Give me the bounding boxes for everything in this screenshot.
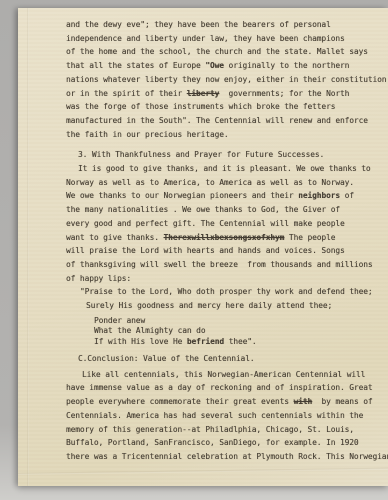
text-line: independence and liberty under law, they… xyxy=(66,32,388,46)
text-line: Norway as well as to America, to America… xyxy=(66,176,388,190)
typed-text: manufactured in the South". The Centenni… xyxy=(66,116,368,125)
typed-text: originally to the northern xyxy=(224,61,349,70)
typed-text: of the home and the school, the church a… xyxy=(66,47,368,56)
text-line: want to give thanks. Therexwillxbexsongs… xyxy=(66,231,388,245)
text-line: people everywhere commemorate their grea… xyxy=(66,395,388,409)
text-line: of thanksgiving will swell the breeze fr… xyxy=(66,258,388,272)
text-line: "Praise to the Lord, Who doth prosper th… xyxy=(66,285,388,299)
typed-text: Buffalo, Portland, SanFrancisco, SanDieg… xyxy=(66,438,359,447)
typed-text: of xyxy=(340,191,354,200)
text-line: the many nationalities . We owe thanks t… xyxy=(66,203,388,217)
document-page: and the dewy eve"; they have been the be… xyxy=(18,8,388,486)
typed-text: want to give thanks. xyxy=(66,233,164,242)
typed-text: We owe thanks to our Norwegian pioneers … xyxy=(66,191,298,200)
typed-text: of thanksgiving will swell the breeze fr… xyxy=(66,260,373,269)
text-line: Centennials. America has had several suc… xyxy=(66,409,388,423)
typed-text: It is good to give thanks, and it is ple… xyxy=(78,164,371,173)
typed-text: have immense value as a day of reckoning… xyxy=(66,383,373,392)
typed-text: the faith in our precious heritage. xyxy=(66,130,229,139)
typed-text: "Praise to the Lord, Who doth prosper th… xyxy=(80,287,373,296)
typed-text: What the Almighty can do xyxy=(94,326,205,335)
overstruck-text: neighbors xyxy=(298,191,340,200)
typed-text: 3. With Thankfulness and Prayer for Futu… xyxy=(78,150,324,159)
typed-text: that all the states of Europe xyxy=(66,61,205,70)
text-line: If with His love He befriend thee". xyxy=(66,337,388,347)
text-line: of the home and the school, the church a… xyxy=(66,45,388,59)
typed-text: independence and liberty under law, they… xyxy=(66,34,345,43)
overstruck-text: befriend xyxy=(187,337,224,346)
text-line: or in the spirit of their liberty govern… xyxy=(66,87,388,101)
typed-text: there was a Tricentennial celebration at… xyxy=(66,452,388,461)
typed-text: the many nationalities . We owe thanks t… xyxy=(66,205,340,214)
text-line: and the dewy eve"; they have been the be… xyxy=(66,18,388,32)
text-line: the faith in our precious heritage. xyxy=(66,128,388,142)
struck-out-text: with xyxy=(294,397,313,406)
typed-text: The people xyxy=(284,233,335,242)
text-line: that all the states of Europe "Owe origi… xyxy=(66,59,388,73)
text-line: there was a Tricentennial celebration at… xyxy=(66,450,388,464)
text-line: Ponder anew xyxy=(66,316,388,326)
typed-text: If with His love He xyxy=(94,337,187,346)
typed-text: will praise the Lord with hearts and han… xyxy=(66,246,345,255)
typed-text: Centennials. America has had several suc… xyxy=(66,411,363,420)
overstruck-text: "Owe xyxy=(205,61,224,70)
typed-text: and the dewy eve"; they have been the be… xyxy=(66,20,331,29)
typed-text: memory of this generation--at Philadlphi… xyxy=(66,425,354,434)
typed-text: nations whatever liberty they now enjoy,… xyxy=(66,75,386,84)
typed-text: people everywhere commemorate their grea… xyxy=(66,397,294,406)
text-line: will praise the Lord with hearts and han… xyxy=(66,244,388,258)
text-line: We owe thanks to our Norwegian pioneers … xyxy=(66,189,388,203)
text-line: What the Almighty can do xyxy=(66,326,388,336)
text-line: was the forge of those instruments which… xyxy=(66,100,388,114)
struck-out-text: Therexwillxbexsongsxofxhym xyxy=(164,233,285,242)
scan-backdrop: and the dewy eve"; they have been the be… xyxy=(0,0,388,500)
struck-out-text: liberty xyxy=(187,89,220,98)
typed-text: governments; for the North xyxy=(219,89,349,98)
paper-crease-horizontal xyxy=(18,467,388,475)
text-line: C.Conclusion: Value of the Centennial. xyxy=(66,352,388,366)
typed-text: or in the spirit of their xyxy=(66,89,187,98)
typed-text: Like all centennials, this Norwegian-Ame… xyxy=(82,370,365,379)
text-line: Like all centennials, this Norwegian-Ame… xyxy=(66,368,388,382)
typed-text: Surely His goodness and mercy here daily… xyxy=(86,301,332,310)
text-line: nations whatever liberty they now enjoy,… xyxy=(66,73,388,87)
typed-text: Ponder anew xyxy=(94,316,145,325)
typed-text: Norway as well as to America, to America… xyxy=(66,178,354,187)
typed-text: of happy lips: xyxy=(66,274,131,283)
typed-text: by means of xyxy=(312,397,372,406)
typed-text: every good and perfect gift. The Centenn… xyxy=(66,219,345,228)
text-line: Surely His goodness and mercy here daily… xyxy=(66,299,388,313)
text-line: every good and perfect gift. The Centenn… xyxy=(66,217,388,231)
text-line: have immense value as a day of reckoning… xyxy=(66,381,388,395)
document-text: and the dewy eve"; they have been the be… xyxy=(18,18,388,464)
typed-text: thee". xyxy=(224,337,257,346)
text-line: It is good to give thanks, and it is ple… xyxy=(66,162,388,176)
text-line: manufactured in the South". The Centenni… xyxy=(66,114,388,128)
typed-text: C.Conclusion: Value of the Centennial. xyxy=(78,354,254,363)
text-line: 3. With Thankfulness and Prayer for Futu… xyxy=(66,148,388,162)
typed-text: was the forge of those instruments which… xyxy=(66,102,335,111)
text-line: memory of this generation--at Philadlphi… xyxy=(66,423,388,437)
text-line: of happy lips: xyxy=(66,272,388,286)
text-line: Buffalo, Portland, SanFrancisco, SanDieg… xyxy=(66,436,388,450)
